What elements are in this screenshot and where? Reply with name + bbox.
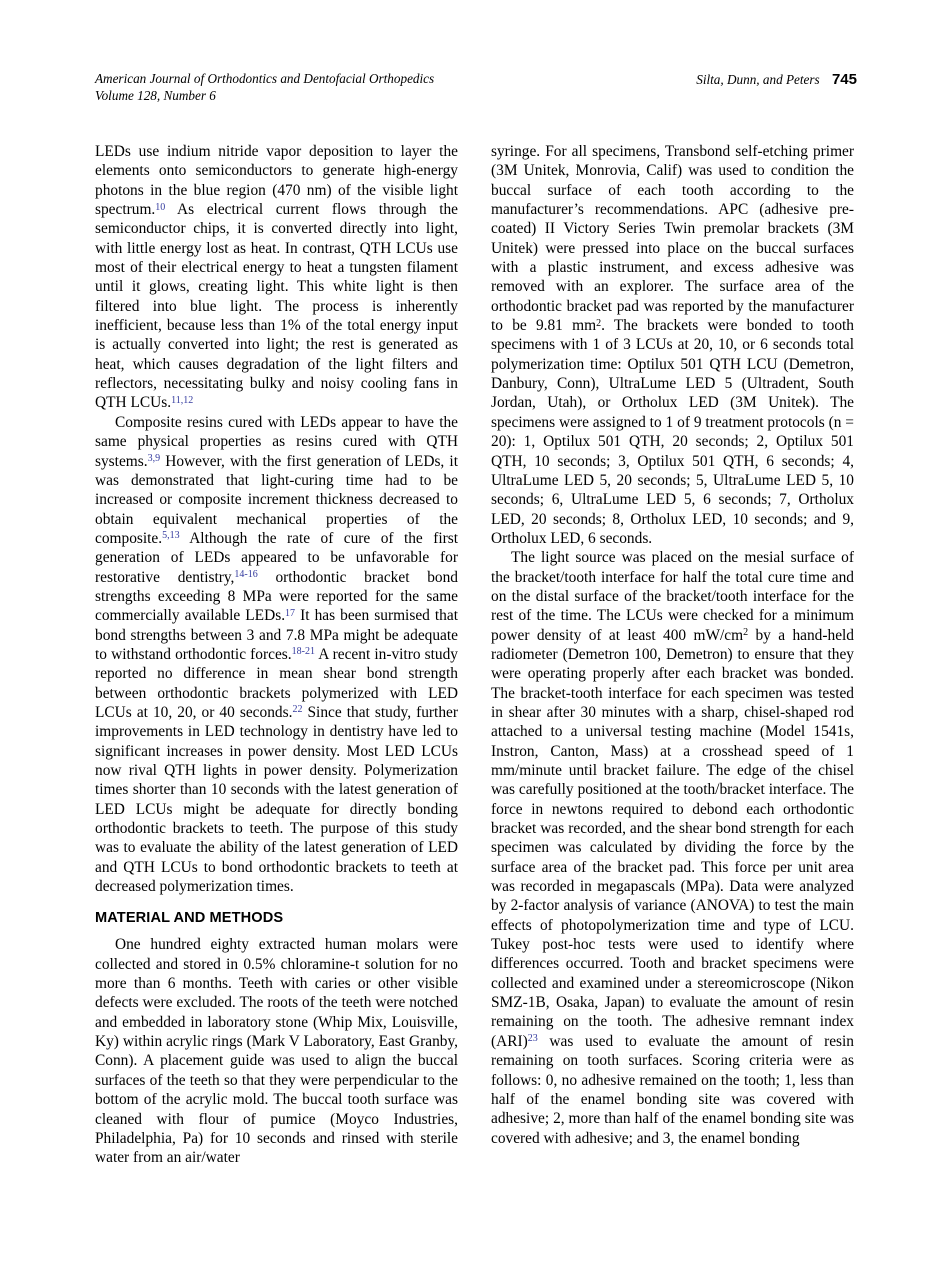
citation-link[interactable]: 14-16 xyxy=(234,569,257,580)
right-column: syringe. For all specimens, Transbond se… xyxy=(491,142,854,1168)
running-head: Silta, Dunn, and Peters 745 xyxy=(696,70,857,88)
running-authors: Silta, Dunn, and Peters xyxy=(696,72,819,87)
paragraph: One hundred eighty extracted human molar… xyxy=(95,935,458,1167)
page-number: 745 xyxy=(832,71,857,88)
citation-link[interactable]: 10 xyxy=(155,202,165,213)
unit-superscript: 2 xyxy=(596,318,601,329)
journal-page: American Journal of Orthodontics and Den… xyxy=(0,0,950,1272)
article-body: LEDs use indium nitride vapor deposition… xyxy=(95,142,857,1168)
citation-link[interactable]: 18-21 xyxy=(292,646,315,657)
left-column: LEDs use indium nitride vapor deposition… xyxy=(95,142,458,1168)
journal-issue: Volume 128, Number 6 xyxy=(95,87,434,104)
citation-link[interactable]: 17 xyxy=(285,608,295,619)
paragraph: The light source was placed on the mesia… xyxy=(491,548,854,1148)
citation-link[interactable]: 5,13 xyxy=(162,530,180,541)
page-header: American Journal of Orthodontics and Den… xyxy=(95,70,857,104)
paragraph: LEDs use indium nitride vapor deposition… xyxy=(95,142,458,413)
journal-info: American Journal of Orthodontics and Den… xyxy=(95,70,434,104)
paragraph: Composite resins cured with LEDs appear … xyxy=(95,413,458,897)
citation-link[interactable]: 3,9 xyxy=(148,453,161,464)
citation-link[interactable]: 11,12 xyxy=(171,395,193,406)
unit-superscript: 2 xyxy=(743,627,748,638)
journal-title: American Journal of Orthodontics and Den… xyxy=(95,70,434,87)
section-heading: MATERIAL AND METHODS xyxy=(95,909,458,927)
paragraph: syringe. For all specimens, Transbond se… xyxy=(491,142,854,548)
citation-link[interactable]: 22 xyxy=(292,704,302,715)
citation-link[interactable]: 23 xyxy=(528,1033,538,1044)
